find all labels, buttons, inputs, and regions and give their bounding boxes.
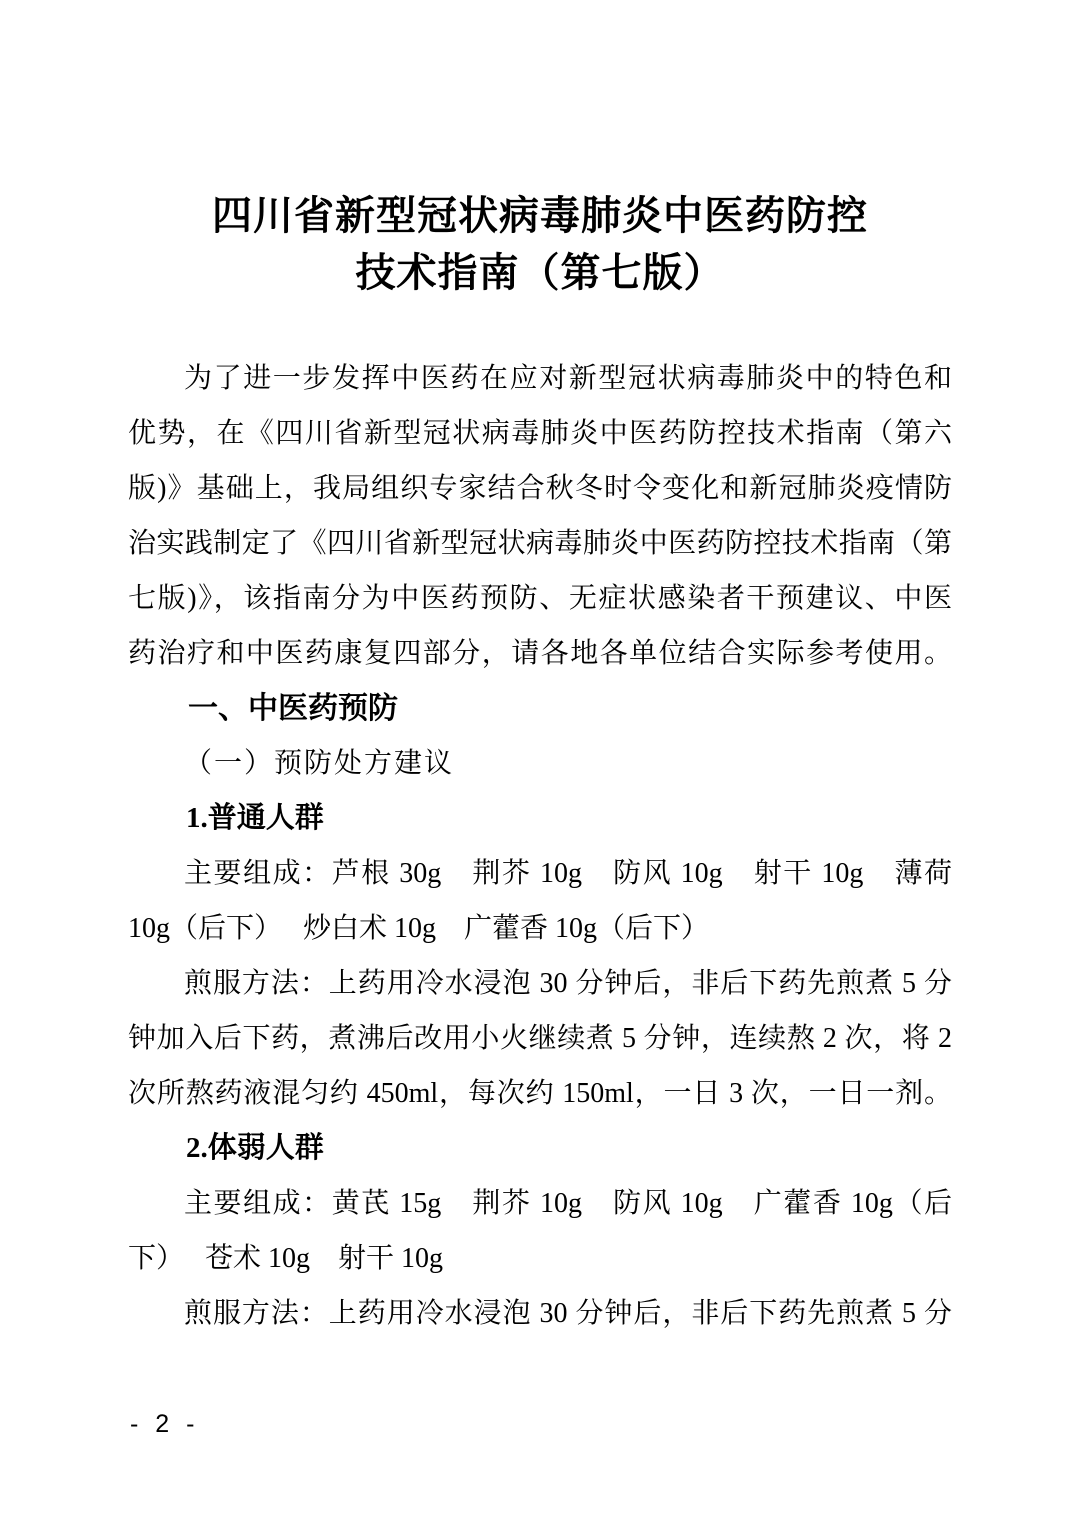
group-heading-weak-population: 2.体弱人群 bbox=[128, 1121, 952, 1176]
method-line: 次所熬药液混匀约 450ml，每次约 150ml，一日 3 次，一日一剂。 bbox=[128, 1066, 952, 1121]
document-content: 四川省新型冠状病毒肺炎中医药防控 技术指南（第七版） 为了进一步发挥中医药在应对… bbox=[128, 0, 952, 1341]
composition-line: 下） 苍术 10g 射干 10g bbox=[128, 1231, 952, 1286]
intro-paragraph-line: 药治疗和中医药康复四部分，请各地各单位结合实际参考使用。 bbox=[128, 626, 952, 681]
intro-paragraph-line: 治实践制定了《四川省新型冠状病毒肺炎中医药防控技术指南（第 bbox=[128, 516, 952, 571]
composition-line: 主要组成：黄芪 15g 荆芥 10g 防风 10g 广藿香 10g（后 bbox=[128, 1176, 952, 1231]
document-title-line2: 技术指南（第七版） bbox=[128, 244, 952, 301]
section-heading-tcm-prevention: 一、中医药预防 bbox=[128, 681, 952, 736]
group-heading-general-population: 1.普通人群 bbox=[128, 791, 952, 846]
subsection-heading-prescription-advice: （一）预防处方建议 bbox=[128, 736, 952, 791]
intro-paragraph-line: 为了进一步发挥中医药在应对新型冠状病毒肺炎中的特色和 bbox=[128, 351, 952, 406]
composition-line: 主要组成：芦根 30g 荆芥 10g 防风 10g 射干 10g 薄荷 bbox=[128, 846, 952, 901]
intro-paragraph-line: 七版)》，该指南分为中医药预防、无症状感染者干预建议、中医 bbox=[128, 571, 952, 626]
method-line: 煎服方法：上药用冷水浸泡 30 分钟后，非后下药先煎煮 5 分 bbox=[128, 956, 952, 1011]
document-title-line1: 四川省新型冠状病毒肺炎中医药防控 bbox=[128, 187, 952, 244]
intro-paragraph-line: 优势，在《四川省新型冠状病毒肺炎中医药防控技术指南（第六 bbox=[128, 406, 952, 461]
method-line: 钟加入后下药，煮沸后改用小火继续煮 5 分钟，连续熬 2 次，将 2 bbox=[128, 1011, 952, 1066]
document-title: 四川省新型冠状病毒肺炎中医药防控 技术指南（第七版） bbox=[128, 187, 952, 301]
method-line: 煎服方法：上药用冷水浸泡 30 分钟后，非后下药先煎煮 5 分 bbox=[128, 1286, 952, 1341]
intro-paragraph-line: 版)》基础上，我局组织专家结合秋冬时令变化和新冠肺炎疫情防 bbox=[128, 461, 952, 516]
page-number: - 2 - bbox=[130, 1410, 199, 1439]
composition-line: 10g（后下） 炒白术 10g 广藿香 10g（后下） bbox=[128, 901, 952, 956]
document-body: 为了进一步发挥中医药在应对新型冠状病毒肺炎中的特色和 优势，在《四川省新型冠状病… bbox=[128, 351, 952, 1341]
document-page: 四川省新型冠状病毒肺炎中医药防控 技术指南（第七版） 为了进一步发挥中医药在应对… bbox=[0, 0, 1080, 1528]
